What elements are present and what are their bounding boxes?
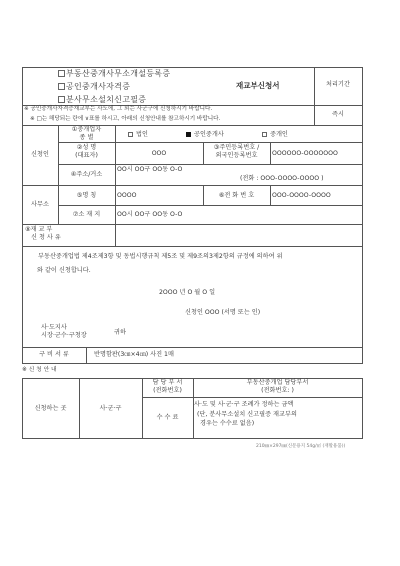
- declaration-text-2: 와 같이 신청합니다.: [37, 267, 91, 275]
- option-registration-cert[interactable]: 부동산중개사무소개설등록증: [58, 69, 170, 79]
- address-label: ④주소/거소: [58, 171, 115, 179]
- place-label: 신청하는 곳: [22, 405, 79, 413]
- office-label: 사무소: [22, 201, 58, 209]
- reason-value[interactable]: [117, 230, 361, 244]
- checkbox-icon[interactable]: [58, 96, 65, 103]
- applicant-signature[interactable]: 신청인 OOO (서명 또는 인): [185, 309, 260, 317]
- recipient: 사·도지사 시장·군수·구청장: [41, 324, 87, 340]
- documents-value: 반명함판(3㎝×4㎝) 사진 1매: [94, 351, 174, 359]
- checkbox-icon[interactable]: [262, 132, 267, 137]
- office-name-value[interactable]: OOOO: [117, 192, 136, 200]
- department-value: 부동산중개업 담당부서 (전화번호: ): [193, 379, 362, 395]
- form-title: 재교부신청서: [236, 81, 279, 90]
- applicant-phone-value[interactable]: (전화 : OOO-OOOO-OOOO ): [240, 175, 324, 183]
- applicant-label: 신청인: [22, 151, 58, 159]
- checkbox-icon[interactable]: [58, 83, 65, 90]
- name-label: ②성 명 (대표자): [58, 144, 115, 160]
- processing-period-label: 처리기간: [314, 81, 362, 89]
- option-license-cert[interactable]: 공인중개사자격증: [58, 82, 130, 92]
- business-type-broker[interactable]: 중개인: [262, 131, 288, 139]
- office-name-label: ⑤명 칭: [58, 192, 115, 200]
- office-location-label: ⑦소 재 지: [58, 211, 115, 219]
- business-type-label: ①중개업자 종 별: [58, 126, 115, 142]
- guide-title: ※ 신 청 안 내: [22, 367, 57, 374]
- honorific: 귀하: [114, 329, 126, 337]
- processing-period-value: 즉시: [314, 111, 362, 119]
- fee-label: 수 수 료: [142, 414, 193, 422]
- checkbox-icon[interactable]: [58, 70, 65, 77]
- address-value[interactable]: OO시 OO구 OO동 O-O: [117, 166, 182, 174]
- department-label: 담 당 부 서 (전화번호): [142, 379, 193, 395]
- fee-value: 사·도 및 사·군·구 조례가 정하는 금액 (단, 분사무소설치 신고필증 재…: [194, 400, 297, 429]
- note-1: ※ 공인중개사자격증재교부는 사도에, 그 외는 사군구에 신청하시기 바랍니다…: [24, 106, 212, 113]
- office-location-value[interactable]: OO시 OO구 OO동 O-O: [117, 211, 182, 219]
- business-type-licensed-broker[interactable]: 공인중개사: [186, 131, 224, 139]
- note-2: ※ □는 해당되는 란에 ∨표를 하시고, 아래의 신청안내를 참고하시기 바랍…: [30, 116, 220, 123]
- business-type-corporation[interactable]: 법인: [128, 131, 148, 139]
- reason-label: ⑧재 교 부 신 청 사 유: [25, 226, 61, 242]
- place-value: 사·군·구: [79, 405, 142, 413]
- id-number-label: ③주민등록번호 / 외국인등록번호: [203, 144, 270, 160]
- id-number-value[interactable]: OOOOOO-OOOOOOO: [272, 150, 338, 158]
- paper-spec: 210㎜×297㎜(신문용지 54g/㎡ (재활용품)): [256, 444, 345, 450]
- application-date[interactable]: 2OOO 년 O 월 O 일: [159, 289, 215, 297]
- office-phone-label: ⑥전 화 번 호: [203, 192, 270, 200]
- checkbox-icon[interactable]: [128, 132, 133, 137]
- office-phone-value[interactable]: OOO-OOOO-OOOO: [272, 192, 331, 200]
- option-branch-cert[interactable]: 분사무소설치신고필증: [58, 95, 146, 105]
- checked-box-icon[interactable]: [186, 132, 191, 137]
- name-value[interactable]: OOO: [115, 150, 203, 158]
- declaration-text-1: 부동산중개업법 제4조제3항 및 동법시행규칙 제5조 및 제9조의3제2항의 …: [38, 253, 283, 261]
- documents-label: 구 비 서 류: [22, 351, 86, 359]
